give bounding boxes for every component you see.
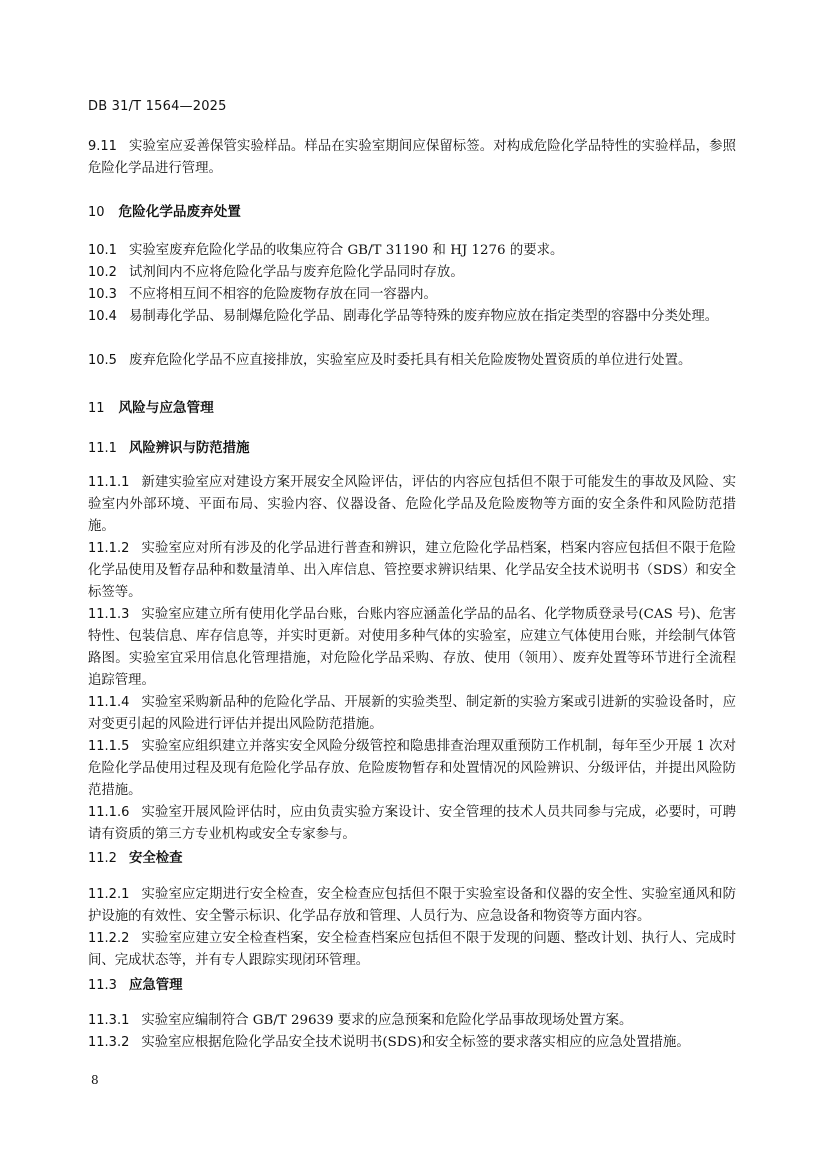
clause-10-4: 10.4易制毒化学品、易制爆危险化学品、剧毒化学品等特殊的废弃物应放在指定类型的… bbox=[88, 306, 736, 328]
clause-number: 11.3.1 bbox=[88, 1013, 129, 1028]
clause-number: 10.5 bbox=[88, 353, 117, 368]
subsection-title: 应急管理 bbox=[129, 978, 183, 993]
clause-text: 实验室应对所有涉及的化学品进行普查和辨识，建立危险化学品档案，档案内容应包括但不… bbox=[88, 541, 736, 600]
section-heading-11: 11风险与应急管理 bbox=[88, 397, 736, 420]
clause-11-1-4: 11.1.4实验室采购新品种的危险化学品、开展新的实验类型、制定新的实验方案或引… bbox=[88, 692, 736, 736]
clause-text: 新建实验室应对建设方案开展安全风险评估，评估的内容应包括但不限于可能发生的事故及… bbox=[88, 475, 736, 534]
clause-11-2-2: 11.2.2实验室应建立安全检查档案，安全检查档案应包括但不限于发现的问题、整改… bbox=[88, 928, 736, 972]
clause-number: 11.1.4 bbox=[88, 695, 129, 710]
clause-number: 10.1 bbox=[88, 243, 117, 258]
subsection-heading-11-1: 11.1风险辨识与防范措施 bbox=[88, 438, 736, 460]
clause-11-1-5: 11.1.5实验室应组织建立并落实安全风险分级管控和隐患排查治理双重预防工作机制… bbox=[88, 736, 736, 802]
clause-number: 10.3 bbox=[88, 287, 117, 302]
clause-text: 不应将相互间不相容的危险废物存放在同一容器内。 bbox=[129, 287, 437, 302]
clause-text: 实验室采购新品种的危险化学品、开展新的实验类型、制定新的实验方案或引进新的实验设… bbox=[88, 695, 736, 732]
clause-number: 11.2.1 bbox=[88, 887, 129, 902]
section-title: 危险化学品废弃处置 bbox=[119, 204, 241, 220]
clause-number: 9.11 bbox=[88, 139, 117, 154]
clause-10-1: 10.1实验室废弃危险化学品的收集应符合 GB/T 31190 和 HJ 127… bbox=[88, 240, 736, 262]
clause-text: 实验室应建立安全检查档案，安全检查档案应包括但不限于发现的问题、整改计划、执行人… bbox=[88, 931, 736, 968]
section-heading-10: 10危险化学品废弃处置 bbox=[88, 201, 736, 224]
clause-text: 实验室开展风险评估时，应由负责实验方案设计、安全管理的技术人员共同参与完成，必要… bbox=[88, 805, 736, 842]
clause-number: 11.1.5 bbox=[88, 739, 129, 754]
section-number: 10 bbox=[88, 205, 105, 220]
clause-11-1-1: 11.1.1新建实验室应对建设方案开展安全风险评估，评估的内容应包括但不限于可能… bbox=[88, 472, 736, 538]
clause-11-1-6: 11.1.6实验室开展风险评估时，应由负责实验方案设计、安全管理的技术人员共同参… bbox=[88, 802, 736, 846]
subsection-heading-11-3: 11.3应急管理 bbox=[88, 975, 736, 997]
clause-10-2: 10.2试剂间内不应将危险化学品与废弃危险化学品同时存放。 bbox=[88, 262, 736, 284]
clause-10-5: 10.5废弃危险化学品不应直接排放，实验室应及时委托具有相关危险废物处置资质的单… bbox=[88, 350, 736, 372]
clause-11-3-1: 11.3.1实验室应编制符合 GB/T 29639 要求的应急预案和危险化学品事… bbox=[88, 1010, 736, 1032]
clause-text: 实验室应编制符合 GB/T 29639 要求的应急预案和危险化学品事故现场处置方… bbox=[141, 1013, 632, 1028]
document-page: DB 31/T 1564—2025 9.11实验室应妥善保管实验样品。样品在实验… bbox=[0, 0, 826, 1169]
clause-number: 11.3.2 bbox=[88, 1035, 129, 1050]
section-title: 风险与应急管理 bbox=[119, 400, 214, 416]
subsection-number: 11.3 bbox=[88, 978, 117, 993]
clause-number: 11.1.1 bbox=[88, 475, 129, 490]
clause-11-3-2: 11.3.2实验室应根据危险化学品安全技术说明书(SDS)和安全标签的要求落实相… bbox=[88, 1032, 736, 1054]
clause-text: 实验室应妥善保管实验样品。样品在实验室期间应保留标签。对构成危险化学品特性的实验… bbox=[88, 139, 736, 176]
clause-number: 11.2.2 bbox=[88, 931, 129, 946]
clause-text: 实验室应组织建立并落实安全风险分级管控和隐患排查治理双重预防工作机制，每年至少开… bbox=[88, 739, 736, 798]
clause-9-11: 9.11实验室应妥善保管实验样品。样品在实验室期间应保留标签。对构成危险化学品特… bbox=[88, 136, 736, 180]
clause-11-1-3: 11.1.3实验室应建立所有使用化学品台账，台账内容应涵盖化学品的品名、化学物质… bbox=[88, 604, 736, 692]
clause-number: 10.2 bbox=[88, 265, 117, 280]
clause-text: 实验室应根据危险化学品安全技术说明书(SDS)和安全标签的要求落实相应的应急处置… bbox=[141, 1035, 689, 1050]
clause-text: 废弃危险化学品不应直接排放，实验室应及时委托具有相关危险废物处置资质的单位进行处… bbox=[129, 353, 691, 368]
subsection-title: 安全检查 bbox=[129, 851, 183, 866]
section-number: 11 bbox=[88, 401, 105, 416]
subsection-heading-11-2: 11.2安全检查 bbox=[88, 848, 736, 870]
clause-text: 试剂间内不应将危险化学品与废弃危险化学品同时存放。 bbox=[129, 265, 464, 280]
clause-number: 11.1.3 bbox=[88, 607, 129, 622]
standard-code-header: DB 31/T 1564—2025 bbox=[88, 99, 227, 114]
page-number: 8 bbox=[91, 1073, 99, 1087]
clause-number: 10.4 bbox=[88, 309, 117, 324]
subsection-title: 风险辨识与防范措施 bbox=[129, 441, 250, 456]
subsection-number: 11.1 bbox=[88, 441, 117, 456]
clause-11-2-1: 11.2.1实验室应定期进行安全检查，安全检查应包括但不限于实验室设备和仪器的安… bbox=[88, 884, 736, 928]
clause-text: 实验室废弃危险化学品的收集应符合 GB/T 31190 和 HJ 1276 的要… bbox=[129, 243, 563, 258]
clause-10-3: 10.3不应将相互间不相容的危险废物存放在同一容器内。 bbox=[88, 284, 736, 306]
clause-text: 实验室应建立所有使用化学品台账，台账内容应涵盖化学品的品名、化学物质登录号(CA… bbox=[88, 607, 736, 688]
clause-11-1-2: 11.1.2实验室应对所有涉及的化学品进行普查和辨识，建立危险化学品档案，档案内… bbox=[88, 538, 736, 604]
clause-number: 11.1.6 bbox=[88, 805, 129, 820]
clause-number: 11.1.2 bbox=[88, 541, 129, 556]
subsection-number: 11.2 bbox=[88, 851, 117, 866]
clause-text: 易制毒化学品、易制爆危险化学品、剧毒化学品等特殊的废弃物应放在指定类型的容器中分… bbox=[129, 309, 718, 324]
clause-text: 实验室应定期进行安全检查，安全检查应包括但不限于实验室设备和仪器的安全性、实验室… bbox=[88, 887, 736, 924]
